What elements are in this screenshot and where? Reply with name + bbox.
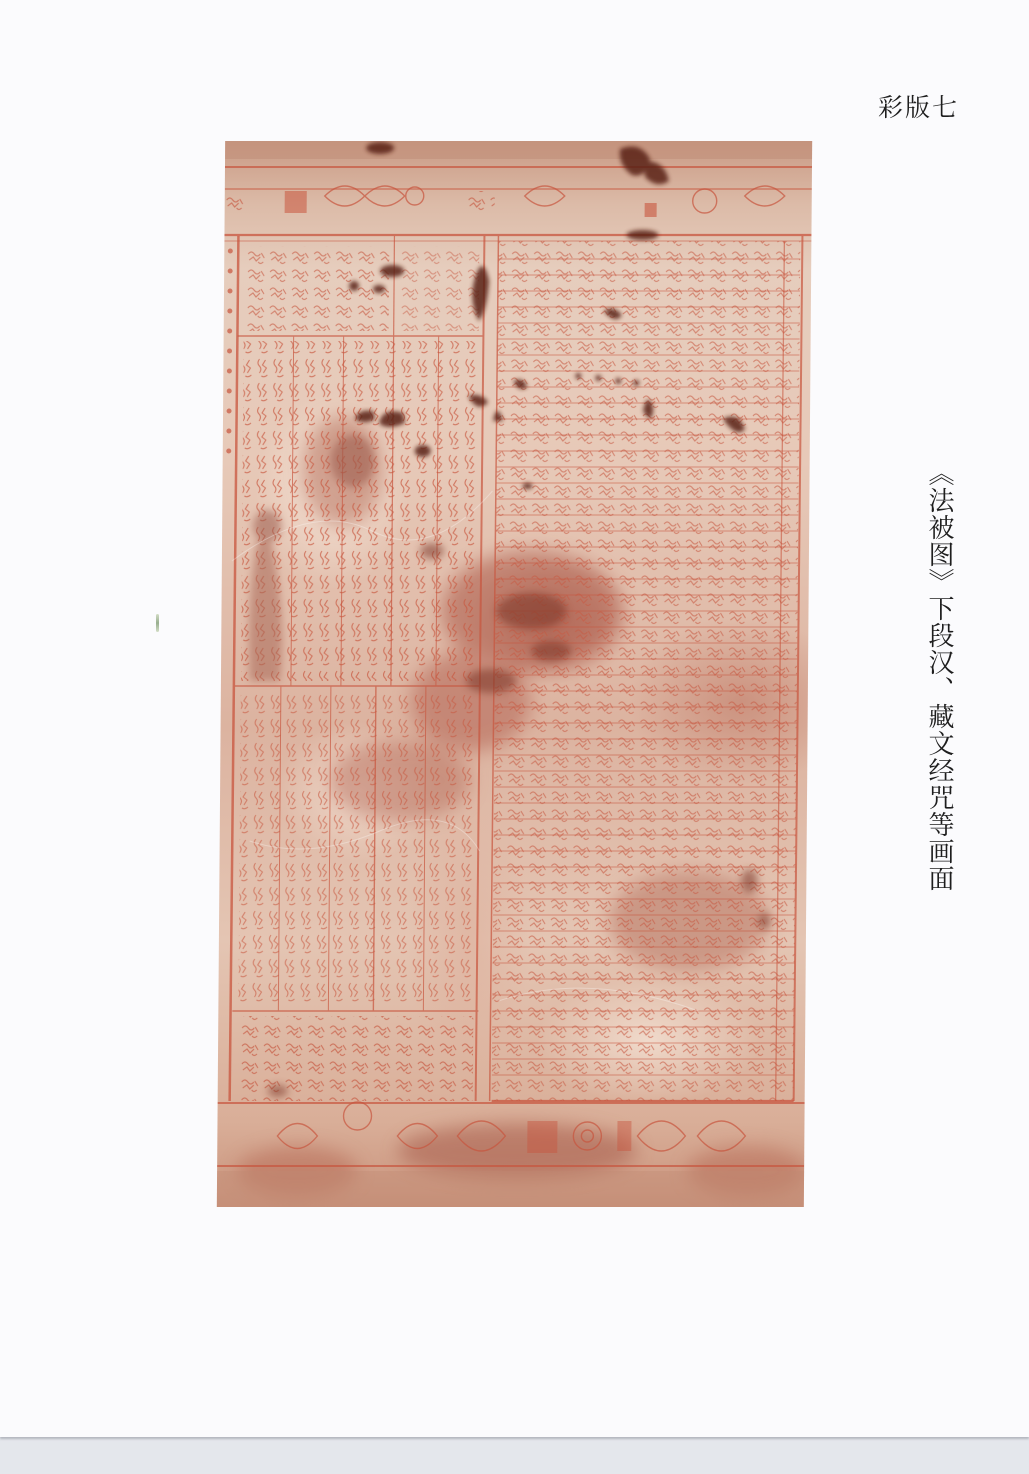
textile-illustration bbox=[217, 141, 812, 1207]
scan-artifact-mark bbox=[156, 614, 159, 632]
plate-label: 彩版七 bbox=[878, 88, 959, 124]
book-page: 彩版七 bbox=[0, 0, 1029, 1437]
figure-photo bbox=[217, 141, 812, 1207]
figure-caption: 《法被图》下段汉、藏文经咒等画面 bbox=[918, 460, 958, 920]
